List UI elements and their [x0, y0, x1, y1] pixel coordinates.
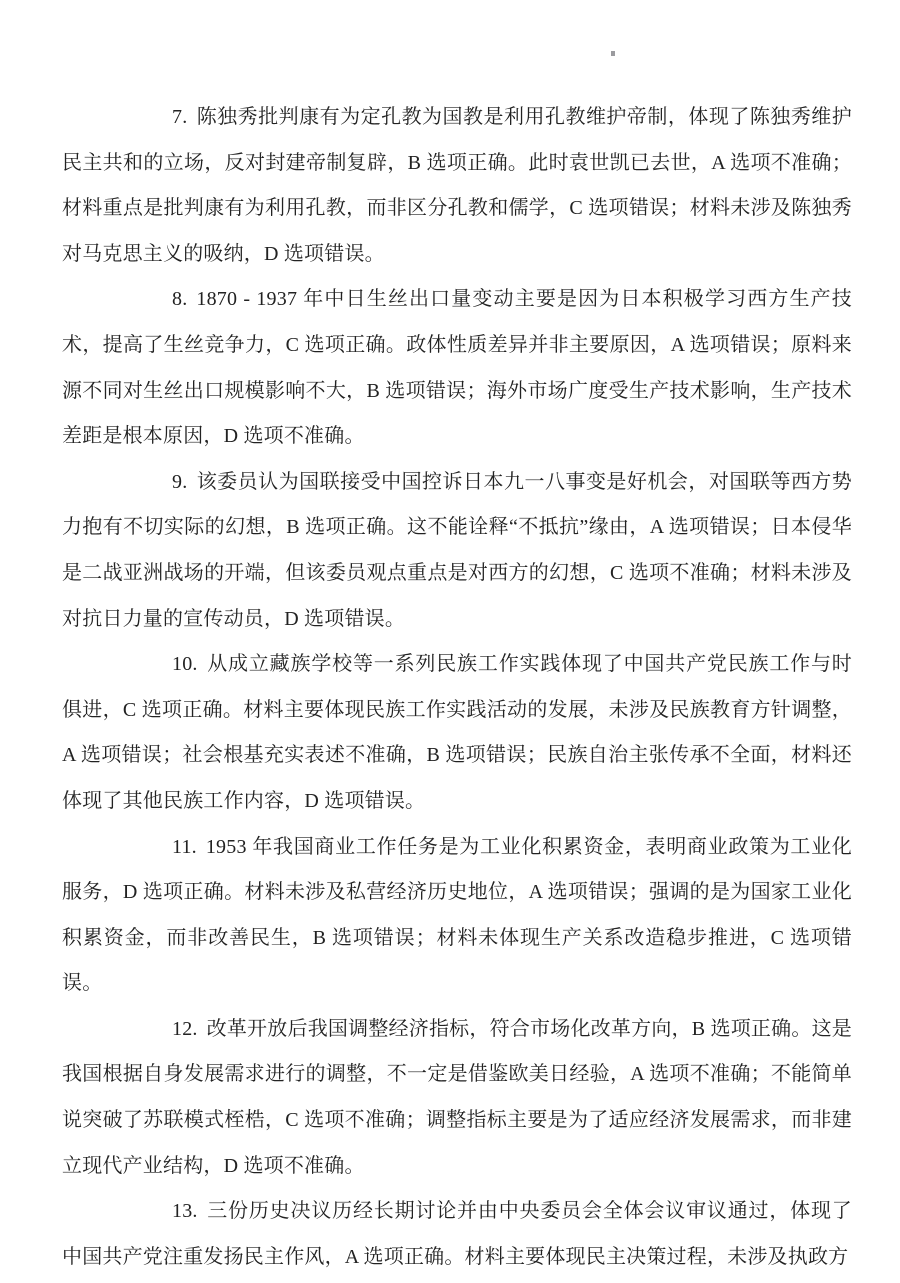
- item-number: 9.: [172, 471, 187, 493]
- item-text: 1953 年我国商业工作任务是为工业化积累资金，表明商业政策为工业化服务，D 选…: [62, 836, 852, 995]
- item-text: 陈独秀批判康有为定孔教为国教是利用孔教维护帝制，体现了陈独秀维护民主共和的立场，…: [62, 106, 852, 265]
- explanation-item-8: 8.1870 - 1937 年中日生丝出口量变动主要是因为日本积极学习西方生产技…: [62, 277, 852, 459]
- item-number: 11.: [172, 836, 197, 858]
- item-text: 从成立藏族学校等一系列民族工作实践体现了中国共产党民族工作与时俱进，C 选项正确…: [62, 653, 852, 812]
- explanation-item-10: 10.从成立藏族学校等一系列民族工作实践体现了中国共产党民族工作与时俱进，C 选…: [62, 642, 852, 824]
- document-body: 7.陈独秀批判康有为定孔教为国教是利用孔教维护帝制，体现了陈独秀维护民主共和的立…: [62, 95, 852, 1280]
- explanation-item-9: 9.该委员认为国联接受中国控诉日本九一八事变是好机会，对国联等西方势力抱有不切实…: [62, 460, 852, 642]
- explanation-item-7: 7.陈独秀批判康有为定孔教为国教是利用孔教维护帝制，体现了陈独秀维护民主共和的立…: [62, 95, 852, 277]
- item-text: 1870 - 1937 年中日生丝出口量变动主要是因为日本积极学习西方生产技术，…: [62, 288, 852, 447]
- item-number: 10.: [172, 653, 198, 675]
- item-number: 13.: [172, 1200, 198, 1222]
- scanned-document-page: 7.陈独秀批判康有为定孔教为国教是利用孔教维护帝制，体现了陈独秀维护民主共和的立…: [0, 0, 900, 1283]
- explanation-item-12: 12.改革开放后我国调整经济指标，符合市场化改革方向，B 选项正确。这是我国根据…: [62, 1007, 852, 1189]
- item-number: 7.: [172, 106, 187, 128]
- explanation-item-11: 11.1953 年我国商业工作任务是为工业化积累资金，表明商业政策为工业化服务，…: [62, 825, 852, 1007]
- item-text: 改革开放后我国调整经济指标，符合市场化改革方向，B 选项正确。这是我国根据自身发…: [62, 1018, 852, 1177]
- item-text: 该委员认为国联接受中国控诉日本九一八事变是好机会，对国联等西方势力抱有不切实际的…: [62, 471, 852, 630]
- scan-speck-artifact: [611, 51, 615, 56]
- item-number: 12.: [172, 1018, 198, 1040]
- item-number: 8.: [172, 288, 187, 310]
- explanation-item-13: 13.三份历史决议历经长期讨论并由中央委员会全体会议审议通过，体现了中国共产党注…: [62, 1189, 852, 1280]
